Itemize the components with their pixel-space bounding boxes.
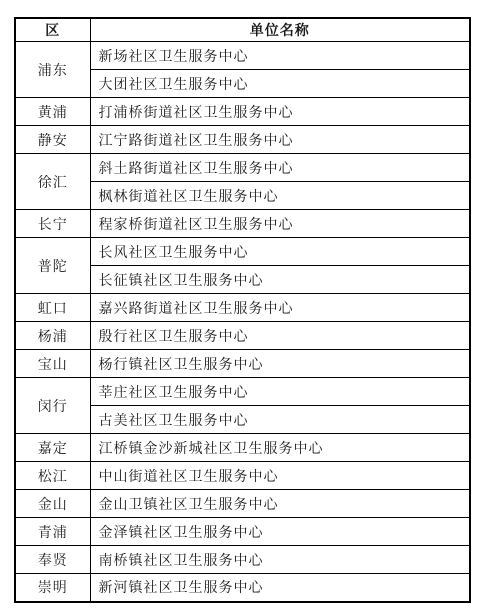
unit-cell: 嘉兴路街道社区卫生服务中心: [90, 294, 470, 322]
unit-cell: 殷行社区卫生服务中心: [90, 322, 470, 350]
unit-cell: 金泽镇社区卫生服务中心: [90, 518, 470, 546]
district-cell: 闵行: [15, 378, 90, 434]
table-row: 青浦金泽镇社区卫生服务中心: [15, 518, 470, 546]
unit-cell: 中山街道社区卫生服务中心: [90, 462, 470, 490]
table-row: 崇明新河镇社区卫生服务中心: [15, 574, 470, 602]
district-cell: 虹口: [15, 294, 90, 322]
table-row: 徐汇斜土路街道社区卫生服务中心: [15, 154, 470, 182]
unit-cell: 新场社区卫生服务中心: [90, 42, 470, 70]
table-row: 虹口嘉兴路街道社区卫生服务中心: [15, 294, 470, 322]
table-row: 黄浦打浦桥街道社区卫生服务中心: [15, 98, 470, 126]
unit-cell: 大团社区卫生服务中心: [90, 70, 470, 98]
table-row: 普陀长风社区卫生服务中心: [15, 238, 470, 266]
district-cell: 松江: [15, 462, 90, 490]
unit-cell: 江宁路街道社区卫生服务中心: [90, 126, 470, 154]
table-row: 长宁程家桥街道社区卫生服务中心: [15, 210, 470, 238]
table-row: 浦东新场社区卫生服务中心: [15, 42, 470, 70]
district-cell: 嘉定: [15, 434, 90, 462]
district-cell: 黄浦: [15, 98, 90, 126]
unit-cell: 枫林街道社区卫生服务中心: [90, 182, 470, 210]
table-row: 宝山杨行镇社区卫生服务中心: [15, 350, 470, 378]
unit-cell: 程家桥街道社区卫生服务中心: [90, 210, 470, 238]
unit-cell: 斜土路街道社区卫生服务中心: [90, 154, 470, 182]
table-row: 金山金山卫镇社区卫生服务中心: [15, 490, 470, 518]
header-cell-unit: 单位名称: [90, 18, 470, 42]
district-cell: 普陀: [15, 238, 90, 294]
district-cell: 徐汇: [15, 154, 90, 210]
district-cell: 浦东: [15, 42, 90, 98]
unit-cell: 江桥镇金沙新城社区卫生服务中心: [90, 434, 470, 462]
district-cell: 静安: [15, 126, 90, 154]
district-cell: 崇明: [15, 574, 90, 602]
unit-cell: 莘庄社区卫生服务中心: [90, 378, 470, 406]
table-row: 奉贤南桥镇社区卫生服务中心: [15, 546, 470, 574]
district-cell: 奉贤: [15, 546, 90, 574]
district-cell: 金山: [15, 490, 90, 518]
table-row: 嘉定江桥镇金沙新城社区卫生服务中心: [15, 434, 470, 462]
header-row: 区 单位名称: [15, 18, 470, 42]
unit-cell: 长风社区卫生服务中心: [90, 238, 470, 266]
table-row: 闵行莘庄社区卫生服务中心: [15, 378, 470, 406]
header-cell-district: 区: [15, 18, 90, 42]
unit-cell: 金山卫镇社区卫生服务中心: [90, 490, 470, 518]
table-row: 松江中山街道社区卫生服务中心: [15, 462, 470, 490]
district-cell: 青浦: [15, 518, 90, 546]
unit-cell: 杨行镇社区卫生服务中心: [90, 350, 470, 378]
unit-cell: 新河镇社区卫生服务中心: [90, 574, 470, 602]
unit-cell: 长征镇社区卫生服务中心: [90, 266, 470, 294]
table-row: 静安江宁路街道社区卫生服务中心: [15, 126, 470, 154]
district-cell: 宝山: [15, 350, 90, 378]
district-cell: 长宁: [15, 210, 90, 238]
document-page: 区 单位名称 浦东新场社区卫生服务中心大团社区卫生服务中心黄浦打浦桥街道社区卫生…: [0, 0, 484, 616]
table-body: 浦东新场社区卫生服务中心大团社区卫生服务中心黄浦打浦桥街道社区卫生服务中心静安江…: [15, 42, 470, 602]
unit-cell: 南桥镇社区卫生服务中心: [90, 546, 470, 574]
health-centers-table: 区 单位名称 浦东新场社区卫生服务中心大团社区卫生服务中心黄浦打浦桥街道社区卫生…: [14, 17, 471, 603]
table-row: 杨浦殷行社区卫生服务中心: [15, 322, 470, 350]
unit-cell: 古美社区卫生服务中心: [90, 406, 470, 434]
district-cell: 杨浦: [15, 322, 90, 350]
unit-cell: 打浦桥街道社区卫生服务中心: [90, 98, 470, 126]
